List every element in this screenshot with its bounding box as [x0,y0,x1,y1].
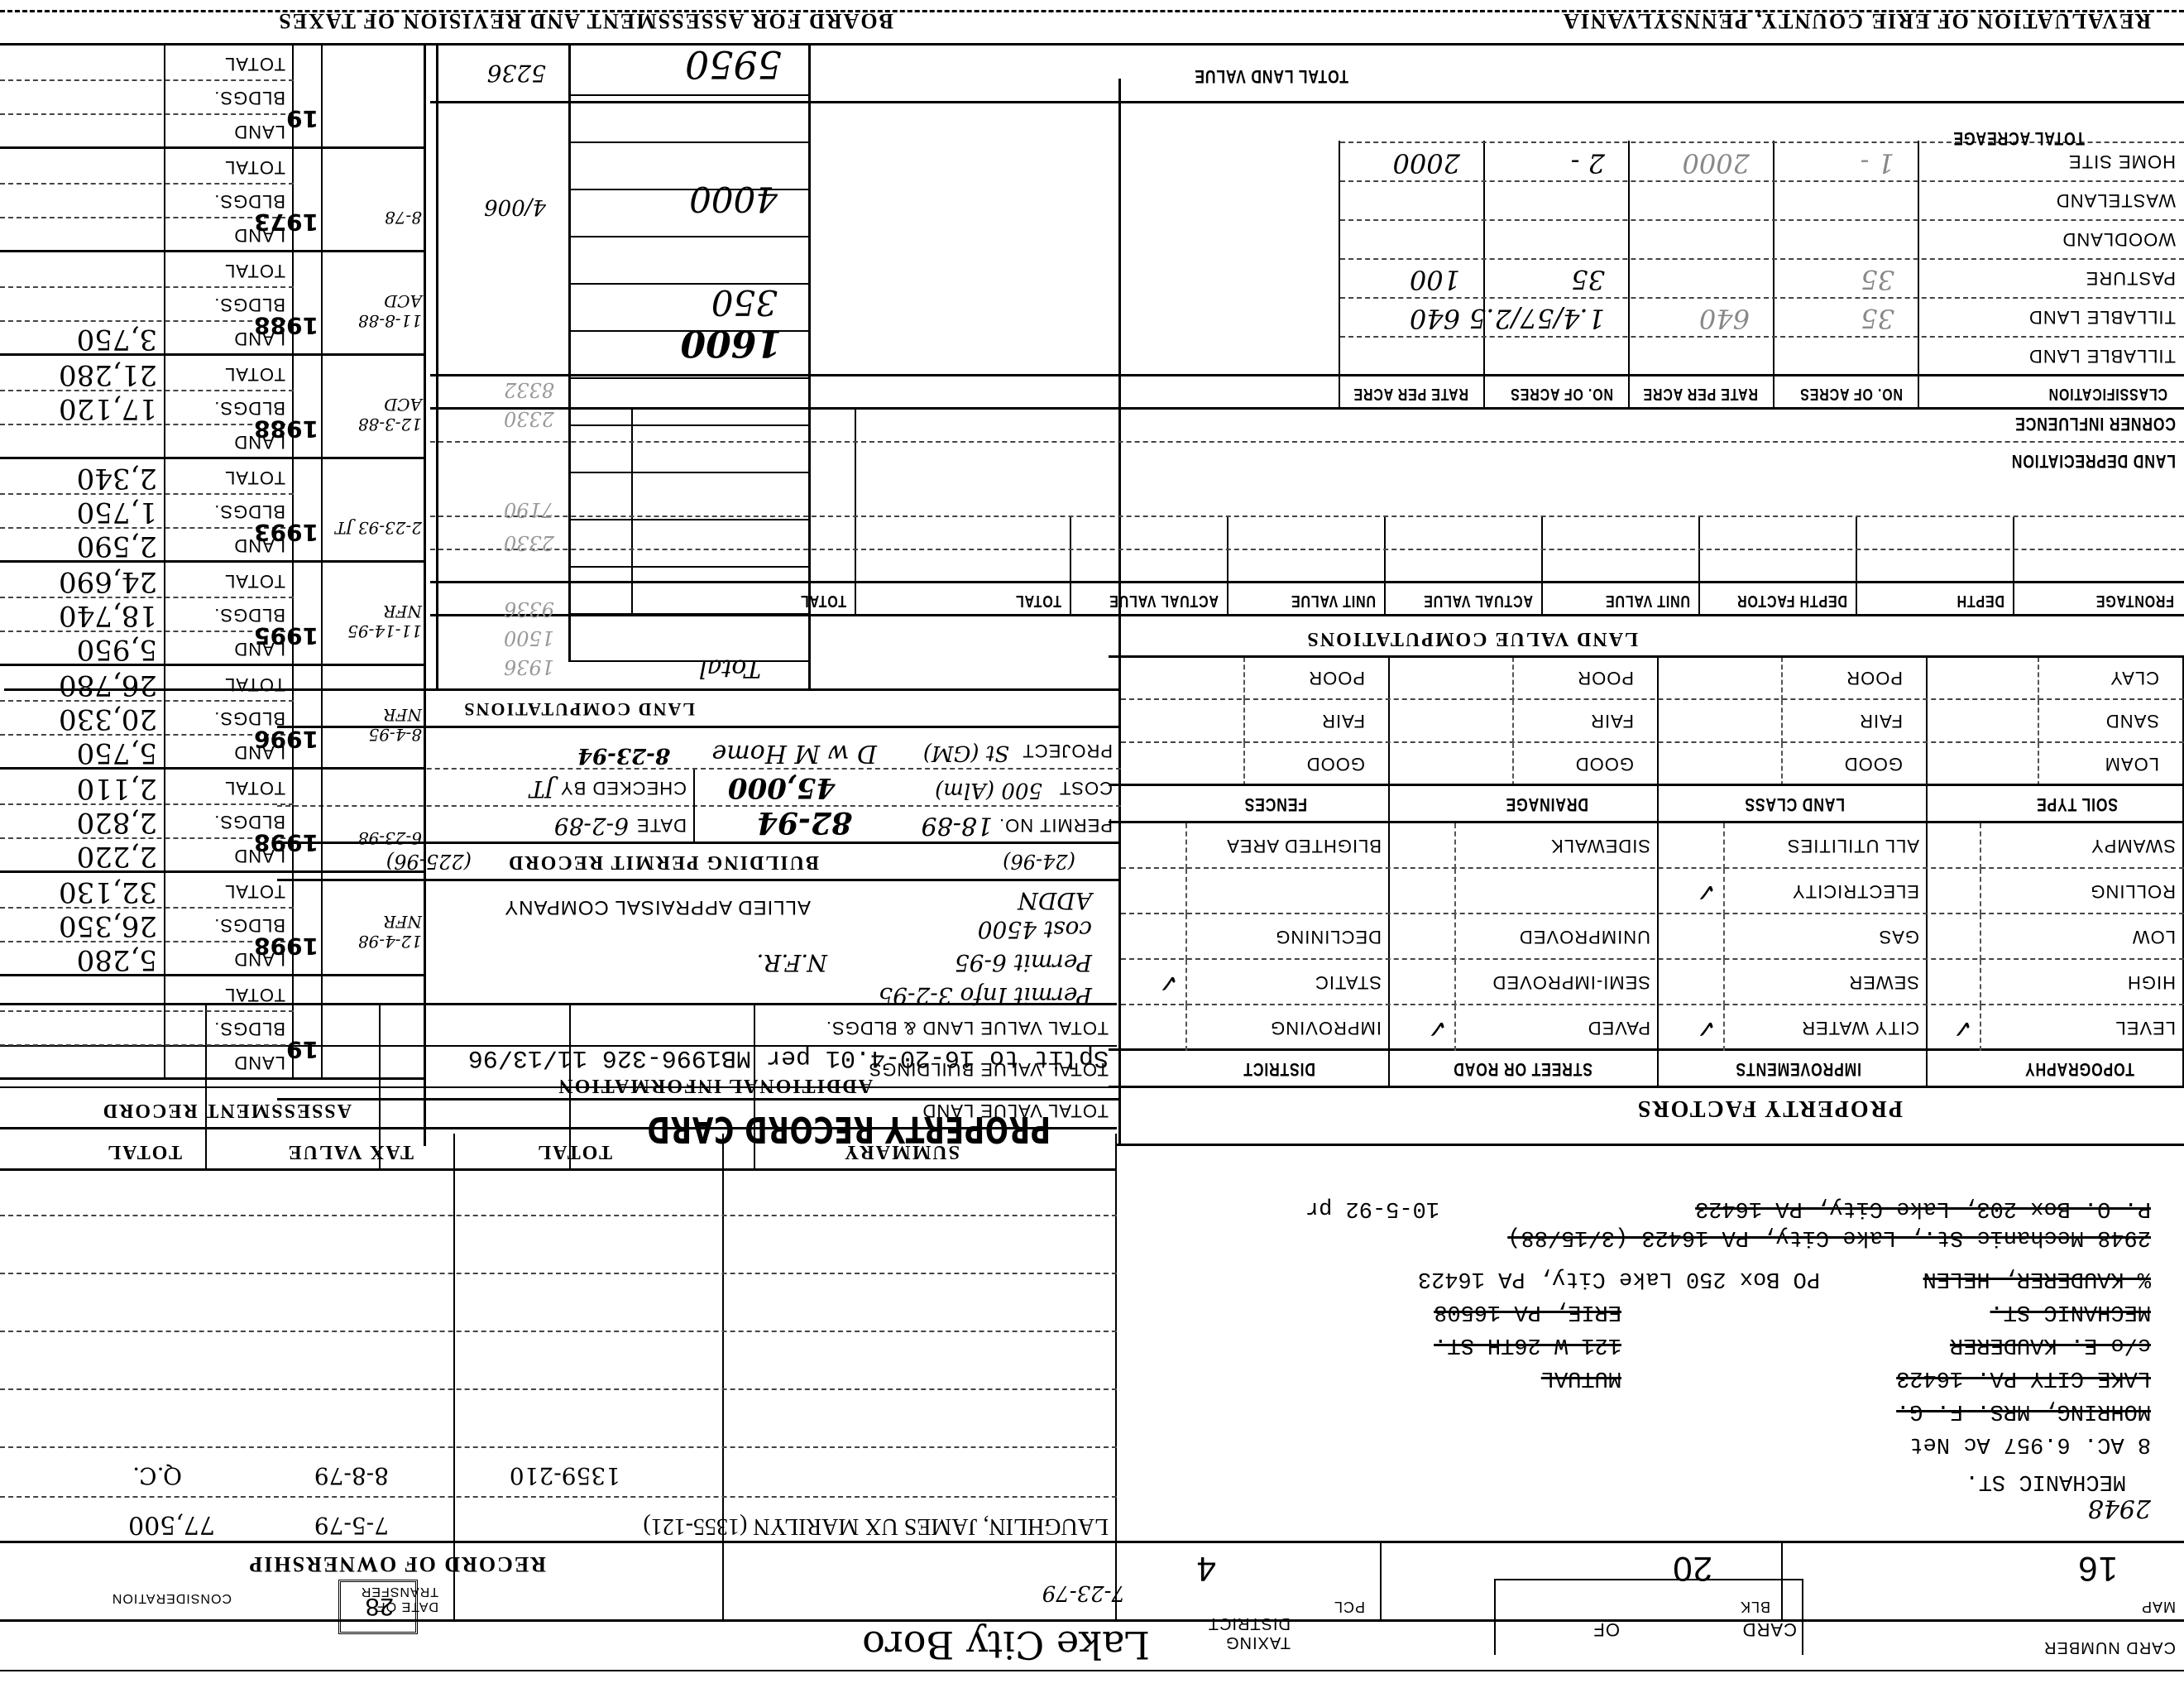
map-number: 16 [2077,1549,2118,1589]
factor-topography-2: LOW [2132,926,2176,947]
property-record-card: REVALUATION OF ERIE COUNTY, PENNSYLVANIA… [0,0,2184,1688]
factor-district-2: DECLINING [1275,926,1382,947]
factor-checkbox[interactable] [1932,873,1973,906]
assessment-year: 1998 [254,933,318,960]
assessment-year: 1996 [254,726,318,753]
factor-drainage-0: GOOD [1575,753,1634,774]
assessment-year: 19 [286,105,318,132]
assessment-year: 1988 [254,312,318,339]
assessment-land: 2,220 [77,840,157,873]
assessment-year: 1995 [254,622,318,650]
factor-street-0: PAVED [1588,1017,1650,1038]
assessment-year: 1988 [254,415,318,443]
assessment-year: 1993 [254,519,318,546]
assessment-total: 26,780 [59,669,157,702]
factor-soil_type-0: LOAM [2105,753,2159,774]
additional-info-text: Split to 16-20-4.01 per MB1996-326 11/13… [468,1043,1109,1072]
factor-checkbox[interactable] [1406,964,1448,997]
factor-land_class-1: FAIR [1859,710,1903,731]
assessment-land: 5,750 [77,736,157,770]
factor-checkbox[interactable] [1675,918,1717,952]
factor-checkbox[interactable] [1406,873,1448,906]
factor-street-4: SIDEWALK [1550,835,1650,856]
assessment-land: 3,750 [77,323,157,356]
assessment-bldgs: 1,750 [77,496,157,529]
factor-checkbox[interactable]: ✓ [1406,1009,1448,1043]
date-note: 7-23-79 [1042,1580,1125,1605]
assessment-bldgs: 2,820 [77,806,157,839]
factor-improvements-4: ALL UTILITIES [1787,835,1919,856]
factor-checkbox[interactable] [1932,964,1973,997]
factor-improvements-0: CITY WATER [1801,1017,1919,1038]
assessment-year: 1998 [254,829,318,856]
owner-name: LAUGHLIN, JAMES UX MARILYN (1355-121) [643,1513,1109,1539]
factor-drainage-2: POOR [1577,667,1634,688]
factor-fences-0: GOOD [1306,753,1365,774]
factor-district-4: BLIGHTED AREA [1226,835,1382,856]
factor-street-1: SEMI-IMPROVED [1492,971,1650,993]
factor-soil_type-2: CLAY [2110,667,2159,688]
assessment-total: 2,110 [77,772,157,805]
factor-checkbox[interactable] [1137,1009,1179,1043]
assessment-total: 32,130 [59,875,157,909]
taxing-district: Lake City Boro [862,1623,1150,1667]
assessment-year: 1973 [254,209,318,236]
assessment-total: 21,280 [59,358,157,391]
factor-street-2: UNIMPROVED [1519,926,1650,947]
assessment-total: 2,340 [77,462,157,495]
factor-checkbox[interactable] [1932,827,1973,861]
factor-land_class-0: GOOD [1844,753,1903,774]
factor-topography-1: HIGH [2127,971,2176,993]
factor-checkbox[interactable] [1137,918,1179,952]
factor-checkbox[interactable] [1406,827,1448,861]
assessment-land: 5,950 [77,633,157,666]
block-number: 20 [1672,1549,1712,1589]
parcel-number: 4 [1196,1549,1216,1589]
factor-land_class-2: POOR [1846,667,1903,688]
factor-checkbox[interactable] [1406,918,1448,952]
factor-soil_type-1: SAND [2105,710,2159,731]
assessment-year: 19 [286,1036,318,1063]
factor-drainage-1: FAIR [1590,710,1634,731]
factor-district-1: STATIC [1315,971,1382,993]
card-title: PROPERTY RECORD CARD [647,1108,1051,1150]
factor-checkbox[interactable]: ✓ [1675,1009,1717,1043]
assessment-land: 2,590 [77,530,157,563]
owner-address-block: 2948 MECHANIC ST. 8 AC. 6.957 Ac Net MOH… [1133,1158,2167,1531]
factor-improvements-1: SEWER [1848,971,1919,993]
assessment-bldgs: 26,350 [59,909,157,942]
factor-checkbox[interactable] [1932,918,1973,952]
factor-checkbox[interactable]: ✓ [1932,1009,1973,1043]
factor-topography-0: LEVEL [2115,1017,2177,1038]
factor-topography-3: ROLLING [2090,880,2176,902]
assessment-bldgs: 18,740 [59,599,157,632]
factor-fences-1: FAIR [1321,710,1365,731]
factor-topography-4: SWAMPY [2091,835,2176,856]
factor-fences-2: POOR [1308,667,1365,688]
assessment-total: 24,690 [59,565,157,598]
factor-district-0: IMPROVING [1270,1017,1382,1038]
assessment-bldgs: 17,120 [59,392,157,425]
card-of-box: CARD OF [1494,1579,1803,1655]
factor-checkbox[interactable] [1675,964,1717,997]
factor-checkbox[interactable]: ✓ [1675,873,1717,906]
factor-checkbox[interactable] [1137,873,1179,906]
taxing-district-label: TAXING DISTRICT [1183,1614,1291,1652]
card-number-label: CARD NUMBER [2043,1638,2176,1657]
factor-improvements-2: GAS [1879,926,1919,947]
ownership-title: RECORD OF OWNERSHIP [247,1551,546,1576]
factor-checkbox[interactable]: ✓ [1137,964,1179,997]
factor-checkbox[interactable] [1675,827,1717,861]
factor-improvements-3: ELECTRICITY [1792,880,1919,902]
factor-checkbox[interactable] [1137,827,1179,861]
assessment-land: 5,280 [77,943,157,976]
assessment-bldgs: 20,330 [59,703,157,736]
